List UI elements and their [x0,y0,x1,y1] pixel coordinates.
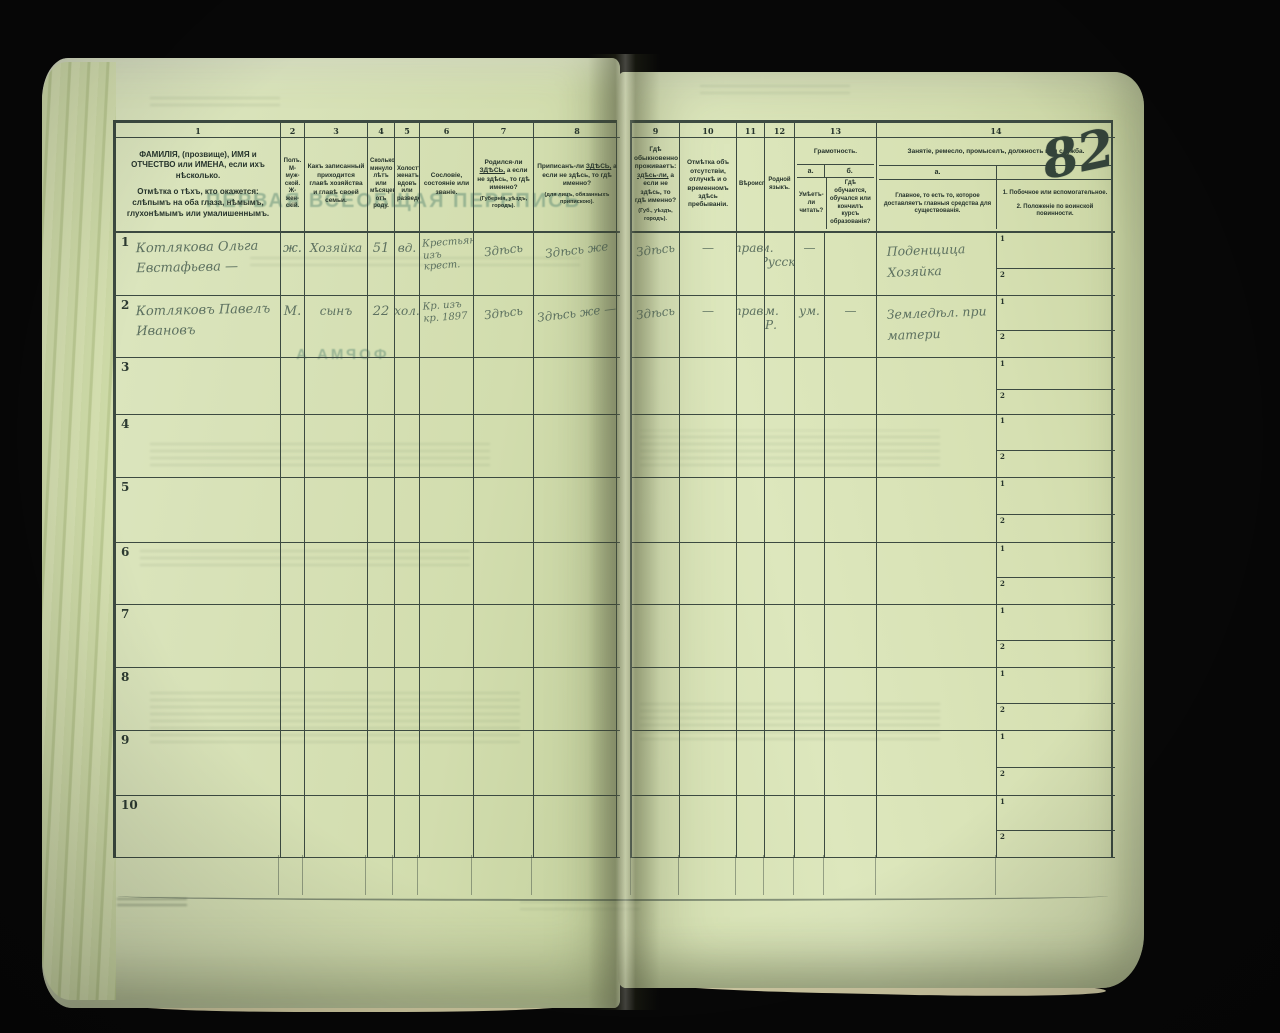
cell-name: 5 [116,478,281,543]
table-row: 12 [632,478,1111,543]
table-row: 12 [632,796,1111,858]
bleedthrough-grid-stub [630,855,631,895]
cell-language: м. Р. [765,296,795,358]
cell-resides [632,605,680,668]
cell-estate [420,543,474,605]
cell-estate [420,668,474,731]
cell-age: 22 [368,296,395,358]
subcell-side-occupation: 1 [997,296,1115,331]
handwritten-entry: — [845,304,857,318]
subcell-label: 2 [1000,516,1005,525]
cell-name: 4 [116,415,281,478]
handwritten-entry [116,731,280,738]
cell-estate [420,796,474,858]
cell-marital: вд. [395,233,420,296]
handwritten-entry: прав. [737,304,765,318]
cell-religion [737,731,765,796]
subcell-military: 2 [997,641,1115,667]
cell-registered [534,731,620,796]
cell-occupation-side: 12 [997,478,1115,543]
cell-born [474,731,534,796]
cell-registered [534,605,620,668]
column-number: 5 [395,123,420,138]
table-row: 9 [116,731,616,796]
table-row: 7 [116,605,616,668]
cell-religion [737,415,765,478]
cell-marital [395,358,420,415]
cell-religion [737,543,765,605]
cell-registered [534,796,620,858]
cell-estate [420,605,474,668]
cell-occupation_main [877,605,997,668]
bleedthrough-grid-stub [875,855,876,895]
cell-absence: — [680,233,737,296]
bleedthrough-grid-stub [471,855,472,895]
handwritten-entry: М. [284,304,301,319]
cell-literacy_school [825,543,877,605]
cell-language [765,415,795,478]
cell-marital [395,796,420,858]
table-row: 10 [116,796,616,858]
cell-born [474,358,534,415]
cell-literacy_read [795,543,825,605]
header-text: ФАМИЛІЯ, (прозвище), ИМЯ и ОТЧЕСТВО или … [118,150,278,182]
cell-absence [680,605,737,668]
handwritten-entry [887,609,994,613]
cell-marital [395,731,420,796]
column-header-religion: Вѣроисповѣданіе. [737,138,765,233]
handwritten-entry: Котляковъ Павелъ Ивановъ [116,296,280,343]
subcell-label: 1 [1000,234,1005,243]
cell-resides: Здѣсь [632,296,680,358]
bleedthrough-grid-stubs [113,855,1113,897]
subcell-label: 1 [1000,732,1005,741]
table-row: 3 [116,358,616,415]
handwritten-entry: м. Р. [765,304,794,332]
column-header-literacy: Грамотность. а. б. Умѣетъ-ли читать? Гдѣ… [795,138,877,233]
cell-literacy_school [825,233,877,296]
table-row: 12 [632,543,1111,605]
column-header-birthplace: Родился-ли ЗДѢСЬ, а если не здѣсь, то гд… [474,138,534,233]
bleedthrough-grid-stub [302,855,303,895]
cell-estate: Кр. изъ кр. 1897 [420,296,474,358]
cell-absence [680,543,737,605]
handwritten-entry: ум. [799,304,820,318]
subcell-label: 2 [1000,769,1005,778]
table-row: 12 [632,415,1111,478]
cell-language [765,731,795,796]
cell-literacy_read [795,796,825,858]
table-row: Здѣсь—прав.м. Русск.—Поденщица Хозяйка12 [632,233,1111,296]
bleedthrough-smudge [700,80,850,94]
table-row: 2Котляковъ Павелъ ИвановъМ.сынъ22хол.Кр.… [116,296,616,358]
handwritten-entry: ж. [283,241,302,256]
cell-occupation-side: 12 [997,543,1115,605]
cell-absence [680,478,737,543]
cell-literacy_read [795,668,825,731]
cell-occupation-side: 12 [997,668,1115,731]
cell-name: 7 [116,605,281,668]
column-header-registration: Приписанъ-ли ЗДѢСЬ, а если не здѣсь, то … [534,138,620,233]
cell-literacy_school [825,358,877,415]
handwritten-entry: Земледѣл. при матери [886,300,994,346]
page-edge-stack [42,62,116,1000]
subcell-label: 2 [1000,579,1005,588]
cell-registered [534,668,620,731]
cell-registered [534,358,620,415]
cell-occupation-side: 12 [997,415,1115,478]
column-header-age: Сколько минуло лѣтъ или мѣсяцевъ отъ род… [368,138,395,233]
cell-language [765,796,795,858]
cell-marital [395,543,420,605]
cell-born: Здѣсь [474,296,534,358]
cell-occupation-side: 12 [997,605,1115,668]
bleedthrough-grid-stub [995,855,996,895]
column-header-language: Родной языкъ. [765,138,795,233]
subcell-side-occupation: 1 [997,415,1115,451]
handwritten-entry: вд. [398,241,416,255]
cell-relation [305,415,368,478]
subcell-side-occupation: 1 [997,478,1115,515]
handwritten-entry [887,672,994,676]
column-header-absence: Отмѣтка объ отсутствіи, отлучкѣ и о врем… [680,138,737,233]
cell-religion [737,478,765,543]
subcell-label: 2 [1000,452,1005,461]
subcell-side-occupation: 1 [997,233,1115,269]
subcell-label: 2 [1000,832,1005,841]
subcell-label: 1 [1000,669,1005,678]
literacy-b-text: Гдѣ обучается, обучался или кончилъ курс… [827,178,874,229]
column-number: 6 [420,123,474,138]
census-table-left: 1 2 3 4 5 6 7 8 ФАМИЛІЯ, (прозвище), ИМЯ… [113,120,617,858]
bleedthrough-grid-stub [278,855,279,895]
column-number: 11 [737,123,765,138]
table-row: 5 [116,478,616,543]
subcell-side-occupation: 1 [997,543,1115,578]
cell-age [368,415,395,478]
cell-religion: прав. [737,233,765,296]
handwritten-entry [423,798,472,801]
cell-sex [281,796,305,858]
cell-registered: Здѣсь же [534,233,620,296]
column-header-relation: Какъ записанный приходится главѣ хозяйст… [305,138,368,233]
handwritten-entry [116,605,280,612]
column-header-estate: Сословіе, состояніе или званіе. [420,138,474,233]
cell-born [474,543,534,605]
cell-resides [632,415,680,478]
cell-age [368,358,395,415]
cell-religion [737,668,765,731]
cell-relation [305,668,368,731]
subcell-label: 2 [1000,332,1005,341]
cell-resides: Здѣсь [632,233,680,296]
subcell-military: 2 [997,768,1115,795]
cell-religion [737,358,765,415]
handwritten-entry: 51 [373,241,390,256]
cell-literacy_read [795,605,825,668]
handwritten-entry: прав. [737,241,765,255]
bleedthrough-smudge [150,94,280,106]
column-header-sex: Полъ. М-муж-ской. Ж-жен-скій. [281,138,305,233]
cell-occupation_main [877,543,997,605]
cell-literacy_read: ум. [795,296,825,358]
subcell-military: 2 [997,269,1115,295]
handwritten-entry: Здѣсь [483,304,523,323]
subcell-label: 2 [1000,391,1005,400]
subcell-label: 2 [1000,705,1005,714]
cell-sex [281,605,305,668]
cell-estate [420,478,474,543]
handwritten-entry [423,360,472,363]
cell-resides [632,796,680,858]
cell-language [765,543,795,605]
handwritten-entry: Здѣсь же [545,239,610,261]
cell-resides [632,668,680,731]
subcell-label: 1 [1000,479,1005,488]
column-number: 7 [474,123,534,138]
cell-absence: — [680,296,737,358]
subcell-label: 2 [1000,270,1005,279]
handwritten-entry [423,670,472,673]
cell-literacy_school [825,415,877,478]
bleedthrough-grid-stub [417,855,418,895]
cell-religion: прав. [737,296,765,358]
cell-relation [305,478,368,543]
table-row: Здѣсь—прав.м. Р.ум.—Земледѣл. при матери… [632,296,1111,358]
cell-occupation_main [877,731,997,796]
subcell-label: 1 [1000,606,1005,615]
cell-literacy_school: — [825,296,877,358]
cell-sex [281,543,305,605]
census-table-right: 9 10 11 12 13 14 Гдѣ обыкновенно прожива… [630,120,1113,858]
cell-occupation-side: 12 [997,358,1115,415]
table-row: 12 [632,605,1111,668]
cell-language [765,358,795,415]
bleedthrough-grid-stub [678,855,679,895]
handwritten-entry [116,543,280,550]
column-number: 3 [305,123,368,138]
scanned-census-spread: ПЕРВАЯ ВСЕОБЩАЯ ПЕРЕПИСЬ ФОРМА А 1 2 3 4… [0,0,1280,1033]
cell-literacy_read: — [795,233,825,296]
handwritten-entry: Здѣсь [635,241,675,260]
handwritten-entry [116,668,280,675]
cell-religion [737,796,765,858]
cell-occupation_main [877,415,997,478]
cell-registered [534,415,620,478]
subcell-label: 1 [1000,416,1005,425]
cell-age [368,731,395,796]
literacy-b-label: б. [825,165,874,177]
cell-absence [680,731,737,796]
cell-occupation-side: 12 [997,731,1115,796]
cell-estate [420,358,474,415]
handwritten-entry: Хозяйка [310,241,362,255]
cell-occupation_main [877,668,997,731]
cell-sex [281,415,305,478]
handwritten-entry [887,482,994,486]
cell-occupation-side: 12 [997,233,1115,296]
cell-name: 9 [116,731,281,796]
subcell-side-occupation: 1 [997,796,1115,831]
handwritten-entry: Здѣсь же — [537,301,617,325]
cell-occupation-side: 12 [997,796,1115,858]
subcell-label: 1 [1000,797,1005,806]
header-text: Отмѣтка о тѣхъ, кто окажется: слѣпымъ на… [118,187,278,219]
cell-sex [281,358,305,415]
subcell-military: 2 [997,390,1115,414]
cell-name: 6 [116,543,281,605]
cell-marital [395,415,420,478]
handwritten-entry [423,733,472,736]
handwritten-entry: Крестьян. изъ крест. [422,235,473,273]
handwritten-entry [116,478,280,485]
cell-relation: Хозяйка [305,233,368,296]
header-row: ФАМИЛІЯ, (прозвище), ИМЯ и ОТЧЕСТВО или … [116,138,616,233]
bleedthrough-grid-stub [823,855,824,895]
cell-occupation_main [877,358,997,415]
column-number: 2 [281,123,305,138]
cell-sex [281,731,305,796]
cell-age [368,796,395,858]
cell-born [474,796,534,858]
cell-age [368,668,395,731]
cell-born [474,415,534,478]
cell-occupation_main [877,796,997,858]
cell-literacy_read [795,358,825,415]
handwritten-entry [423,480,472,483]
subcell-side-occupation: 1 [997,668,1115,704]
column-header-marital: Холостъ, женатъ, вдовъ или разведенъ. [395,138,420,233]
handwritten-entry [116,358,280,365]
cell-age [368,543,395,605]
column-number: 1 [116,123,281,138]
handwritten-entry: — [702,304,714,318]
cell-sex [281,478,305,543]
handwritten-entry [116,796,280,803]
handwritten-entry [423,607,472,610]
handwritten-entry [887,547,994,551]
literacy-a-text: Умѣетъ-ли читать? [797,178,827,229]
cell-literacy_read [795,415,825,478]
bleedthrough-grid-stub [392,855,393,895]
cell-relation [305,796,368,858]
handwritten-entry: — [804,241,816,255]
cell-born [474,605,534,668]
handwritten-entry: м. Русск. [765,241,795,269]
header-row: Гдѣ обыкновенно проживаетъ: здѣсь-ли, а … [632,138,1111,233]
subcell-military: 2 [997,578,1115,604]
column-header-name: ФАМИЛІЯ, (прозвище), ИМЯ и ОТЧЕСТВО или … [116,138,281,233]
cell-literacy_school [825,478,877,543]
handwritten-entry [887,735,994,739]
literacy-a-label: а. [797,165,825,177]
cell-language [765,668,795,731]
bleedthrough-grid-stub [735,855,736,895]
cell-age [368,605,395,668]
cell-name: 10 [116,796,281,858]
column-number: 10 [680,123,737,138]
occupation-a-label: а. [879,166,997,179]
cell-literacy_school [825,731,877,796]
cell-occupation-side: 12 [997,296,1115,358]
column-number: 8 [534,123,620,138]
column-header-residence: Гдѣ обыкновенно проживаетъ: здѣсь-ли, а … [632,138,680,233]
cell-born: Здѣсь [474,233,534,296]
bleedthrough-grid-stub [365,855,366,895]
cell-age [368,478,395,543]
cell-resides [632,478,680,543]
cell-relation [305,358,368,415]
cell-age: 51 [368,233,395,296]
subcell-military: 2 [997,831,1115,857]
cell-resides [632,543,680,605]
cell-language: м. Русск. [765,233,795,296]
handwritten-entry: 22 [373,304,390,319]
subcell-side-occupation: 1 [997,358,1115,390]
literacy-title: Грамотность. [797,140,874,165]
cell-literacy_read [795,478,825,543]
bleedthrough-grid-stub [763,855,764,895]
table-row: 4 [116,415,616,478]
column-number-row: 1 2 3 4 5 6 7 8 [116,123,616,138]
cell-registered: Здѣсь же — [534,296,620,358]
table-body-left: 1Котлякова Ольга Евстафьева —ж.Хозяйка51… [116,233,616,858]
handwritten-entry: — [702,241,714,255]
cell-relation [305,543,368,605]
cell-born [474,478,534,543]
table-body-right: Здѣсь—прав.м. Русск.—Поденщица Хозяйка12… [632,233,1111,858]
cell-marital [395,668,420,731]
cell-sex: ж. [281,233,305,296]
handwritten-entry [887,419,994,423]
cell-absence [680,358,737,415]
cell-relation [305,731,368,796]
cell-absence [680,796,737,858]
handwritten-entry [887,800,994,804]
cell-literacy_school [825,796,877,858]
handwritten-entry: сынъ [320,304,352,318]
cell-name: 3 [116,358,281,415]
subcell-label: 1 [1000,544,1005,553]
column-number: 9 [632,123,680,138]
bleedthrough-grid-stub [793,855,794,895]
table-row: 8 [116,668,616,731]
cell-resides [632,358,680,415]
cell-literacy_read [795,731,825,796]
cell-language [765,478,795,543]
handwritten-entry: Здѣсь [483,241,523,260]
subcell-military: 2 [997,331,1115,357]
column-number: 13 [795,123,877,138]
table-row: 1Котлякова Ольга Евстафьева —ж.Хозяйка51… [116,233,616,296]
cell-sex: М. [281,296,305,358]
handwritten-entry [887,362,994,366]
subcell-military: 2 [997,515,1115,542]
cell-name: 2Котляковъ Павелъ Ивановъ [116,296,281,358]
handwritten-entry: Здѣсь [635,304,675,323]
occupation-a-text: Главное, то есть то, которое доставляетъ… [879,180,997,229]
table-row: 12 [632,358,1111,415]
column-number: 12 [765,123,795,138]
cell-name: 1Котлякова Ольга Евстафьева — [116,233,281,296]
cell-name: 8 [116,668,281,731]
cell-sex [281,668,305,731]
table-row: 12 [632,668,1111,731]
cell-resides [632,731,680,796]
cell-literacy_school [825,605,877,668]
subcell-military: 2 [997,451,1115,477]
cell-estate [420,731,474,796]
